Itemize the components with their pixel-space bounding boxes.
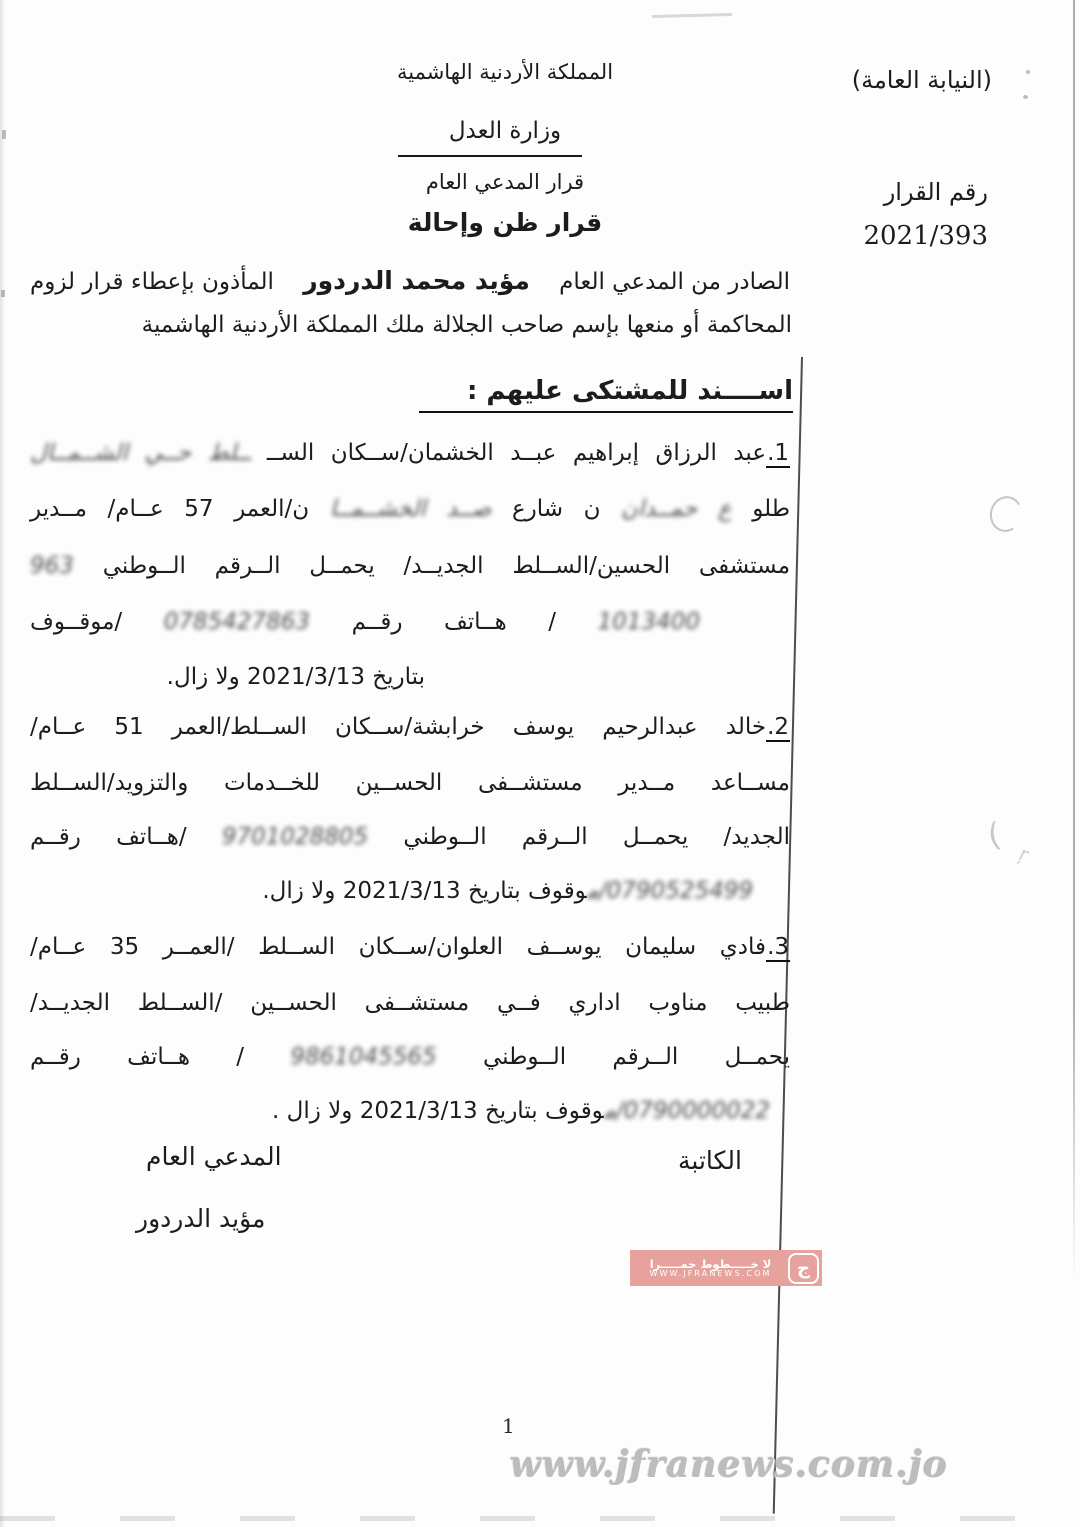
defendant-3-text: / هــاتف رقــم <box>30 1044 244 1070</box>
defendant-1-text: / هــاتف رقــم <box>352 609 557 635</box>
scan-right-edge <box>1073 0 1075 1285</box>
defendant-3-line-4: 0790000022/موقوف بتاريخ 2021/3/13 ولا زا… <box>272 1096 770 1127</box>
scan-speck <box>1026 70 1030 74</box>
prosecutor-signature-name: مؤيد الدردور <box>136 1204 265 1233</box>
scan-circle-artifact <box>986 493 1026 536</box>
defendant-1-line-4: 1013400 / هــاتف رقــم 0785427863 /موقــ… <box>30 607 700 638</box>
scan-bottom-edge <box>0 1516 1080 1521</box>
defendant-1-text: ن شارع <box>512 496 601 522</box>
defendant-2-text: /هــاتف رقــم <box>30 824 187 850</box>
defendant-1-line-5: بتاريخ 2021/3/13 ولا زال. <box>167 662 425 693</box>
defendant-2-text: وقوف بتاريخ 2021/3/13 ولا زال. <box>262 878 586 904</box>
defendant-1-text: مستشفى الحسين/الســلط الجديــد/ يحمــل ا… <box>103 553 790 579</box>
redacted-phone-number: 0790000022/م <box>604 1098 770 1124</box>
redacted-address: ــلط حــي الشــمــال <box>30 440 251 466</box>
jfranews-badge-url: WWW.JFRANEWS.COM <box>638 1270 783 1278</box>
defendant-1-text: عبد الرزاق إبراهيم عبــد الخشمان/ســكان … <box>267 440 766 466</box>
clerk-signature-label: الكاتبة <box>678 1146 742 1175</box>
defendant-1-text: ن/العمر 57 عــام/ مــدير <box>30 496 309 522</box>
scanned-legal-document: ( ŗ المملكة الأردنية الهاشمية وزارة العد… <box>0 0 1080 1527</box>
defendant-3-line-3: يحمــل الــرقم الــوطني 9861045565 / هــ… <box>30 1042 790 1073</box>
defendant-1-line-1: 1.عبد الرزاق إبراهيم عبــد الخشمان/ســكا… <box>30 438 790 469</box>
ministry-title: وزارة العدل <box>330 118 680 144</box>
jfranews-logo-icon: ج <box>788 1253 819 1284</box>
prosecutor-name-bold: مؤيد محمد الدردور <box>303 266 530 295</box>
defendant-3-line-1: 3.فادي سليمان يوســف العلوان/ســكان السـ… <box>30 932 790 963</box>
scan-speck <box>1023 95 1028 99</box>
jfranews-badge-text: لا خـــــطوط حمـــــرا WWW.JFRANEWS.COM <box>638 1258 783 1278</box>
scan-paren-artifact: ŗ <box>1015 841 1033 866</box>
defendant-2-line-2: مســاعد مــدير مستشــفى الحســين للخــدم… <box>30 768 790 799</box>
defendant-1-line-2: طلو ع حمــدان ن شارع صــد الخشــمــا ن/ا… <box>30 494 790 525</box>
redacted-address: صــد الخشــمــا <box>330 496 492 522</box>
redacted-national-id: 963 <box>30 553 74 579</box>
decision-number-label: رقم القرار <box>884 178 988 206</box>
section-heading: اســــند للمشتكى عليهم : <box>419 376 793 406</box>
issued-by-text: الصادر من المدعي العام <box>559 269 790 295</box>
public-prosecution-stamp: (النيابة العامة) <box>852 66 992 94</box>
defendant-2-line-1: 2.خالد عبدالرحيم يوسف خرابشة/ســكان السـ… <box>30 712 790 743</box>
intro-line-2: المحاكمة أو منعها بإسم صاحب الجلالة ملك … <box>142 312 792 338</box>
defendant-3-line-2: طبيب مناوب اداري فــي مستشــفى الحســين … <box>30 988 790 1019</box>
scan-paren-artifact: ( <box>985 815 1004 855</box>
decision-number: 2021/393 <box>863 221 988 251</box>
defendant-3-number: 3. <box>766 934 790 962</box>
scan-left-edge <box>0 0 5 1527</box>
scan-top-mark <box>652 13 732 18</box>
redacted-national-id: 9701028805 <box>222 824 368 850</box>
defendant-1-text: /موقــوف <box>30 609 122 635</box>
decision-subtitle: قرار المدعي العام <box>330 170 680 194</box>
defendant-1-number: 1. <box>766 440 790 468</box>
authorized-text: المأذون بإعطاء قرار لزوم <box>30 269 274 295</box>
redacted-address: ع حمــدان <box>621 496 732 522</box>
defendant-3-text: فادي سليمان يوســف العلوان/ســكان الســل… <box>30 934 766 960</box>
defendant-2-text: خالد عبدالرحيم يوسف خرابشة/ســكان الســل… <box>30 714 766 740</box>
defendant-3-text: يحمــل الــرقم الــوطني <box>483 1044 790 1070</box>
scan-speck <box>2 130 6 139</box>
defendant-2-text: الجديد/ يحمــل الــرقم الــوطني <box>403 824 790 850</box>
defendant-1-line-3: مستشفى الحسين/الســلط الجديــد/ يحمــل ا… <box>30 551 790 582</box>
defendant-2-line-3: الجديد/ يحمــل الــرقم الــوطني 97010288… <box>30 822 790 853</box>
redacted-phone-number: 0790525499/م <box>587 878 753 904</box>
defendant-3-text: وقوف بتاريخ 2021/3/13 ولا زال . <box>272 1098 604 1124</box>
defendant-2-number: 2. <box>766 714 790 742</box>
redacted-national-id: 9861045565 <box>290 1044 436 1070</box>
scan-speck <box>1 290 5 297</box>
defendant-2-line-4: 0790525499/موقوف بتاريخ 2021/3/13 ولا زا… <box>262 876 753 907</box>
prosecutor-signature-label: المدعي العام <box>146 1142 282 1171</box>
jfranews-badge: لا خـــــطوط حمـــــرا WWW.JFRANEWS.COM … <box>630 1250 822 1286</box>
defendant-1-text: طلو <box>752 496 790 522</box>
site-watermark: www.jfranews.com.jo <box>510 1444 948 1486</box>
intro-line-1: الصادر من المدعي العام مؤيد محمد الدردور… <box>30 266 790 295</box>
redacted-national-id: 1013400 <box>598 609 700 635</box>
page-number: 1 <box>502 1414 515 1438</box>
ministry-underline <box>398 155 582 157</box>
section-heading-text: اســــند للمشتكى عليهم : <box>419 376 793 413</box>
redacted-phone-number: 0785427863 <box>164 609 310 635</box>
kingdom-title: المملكة الأردنية الهاشمية <box>330 60 680 84</box>
decision-title: قرار ظن وإحالة <box>330 208 680 237</box>
